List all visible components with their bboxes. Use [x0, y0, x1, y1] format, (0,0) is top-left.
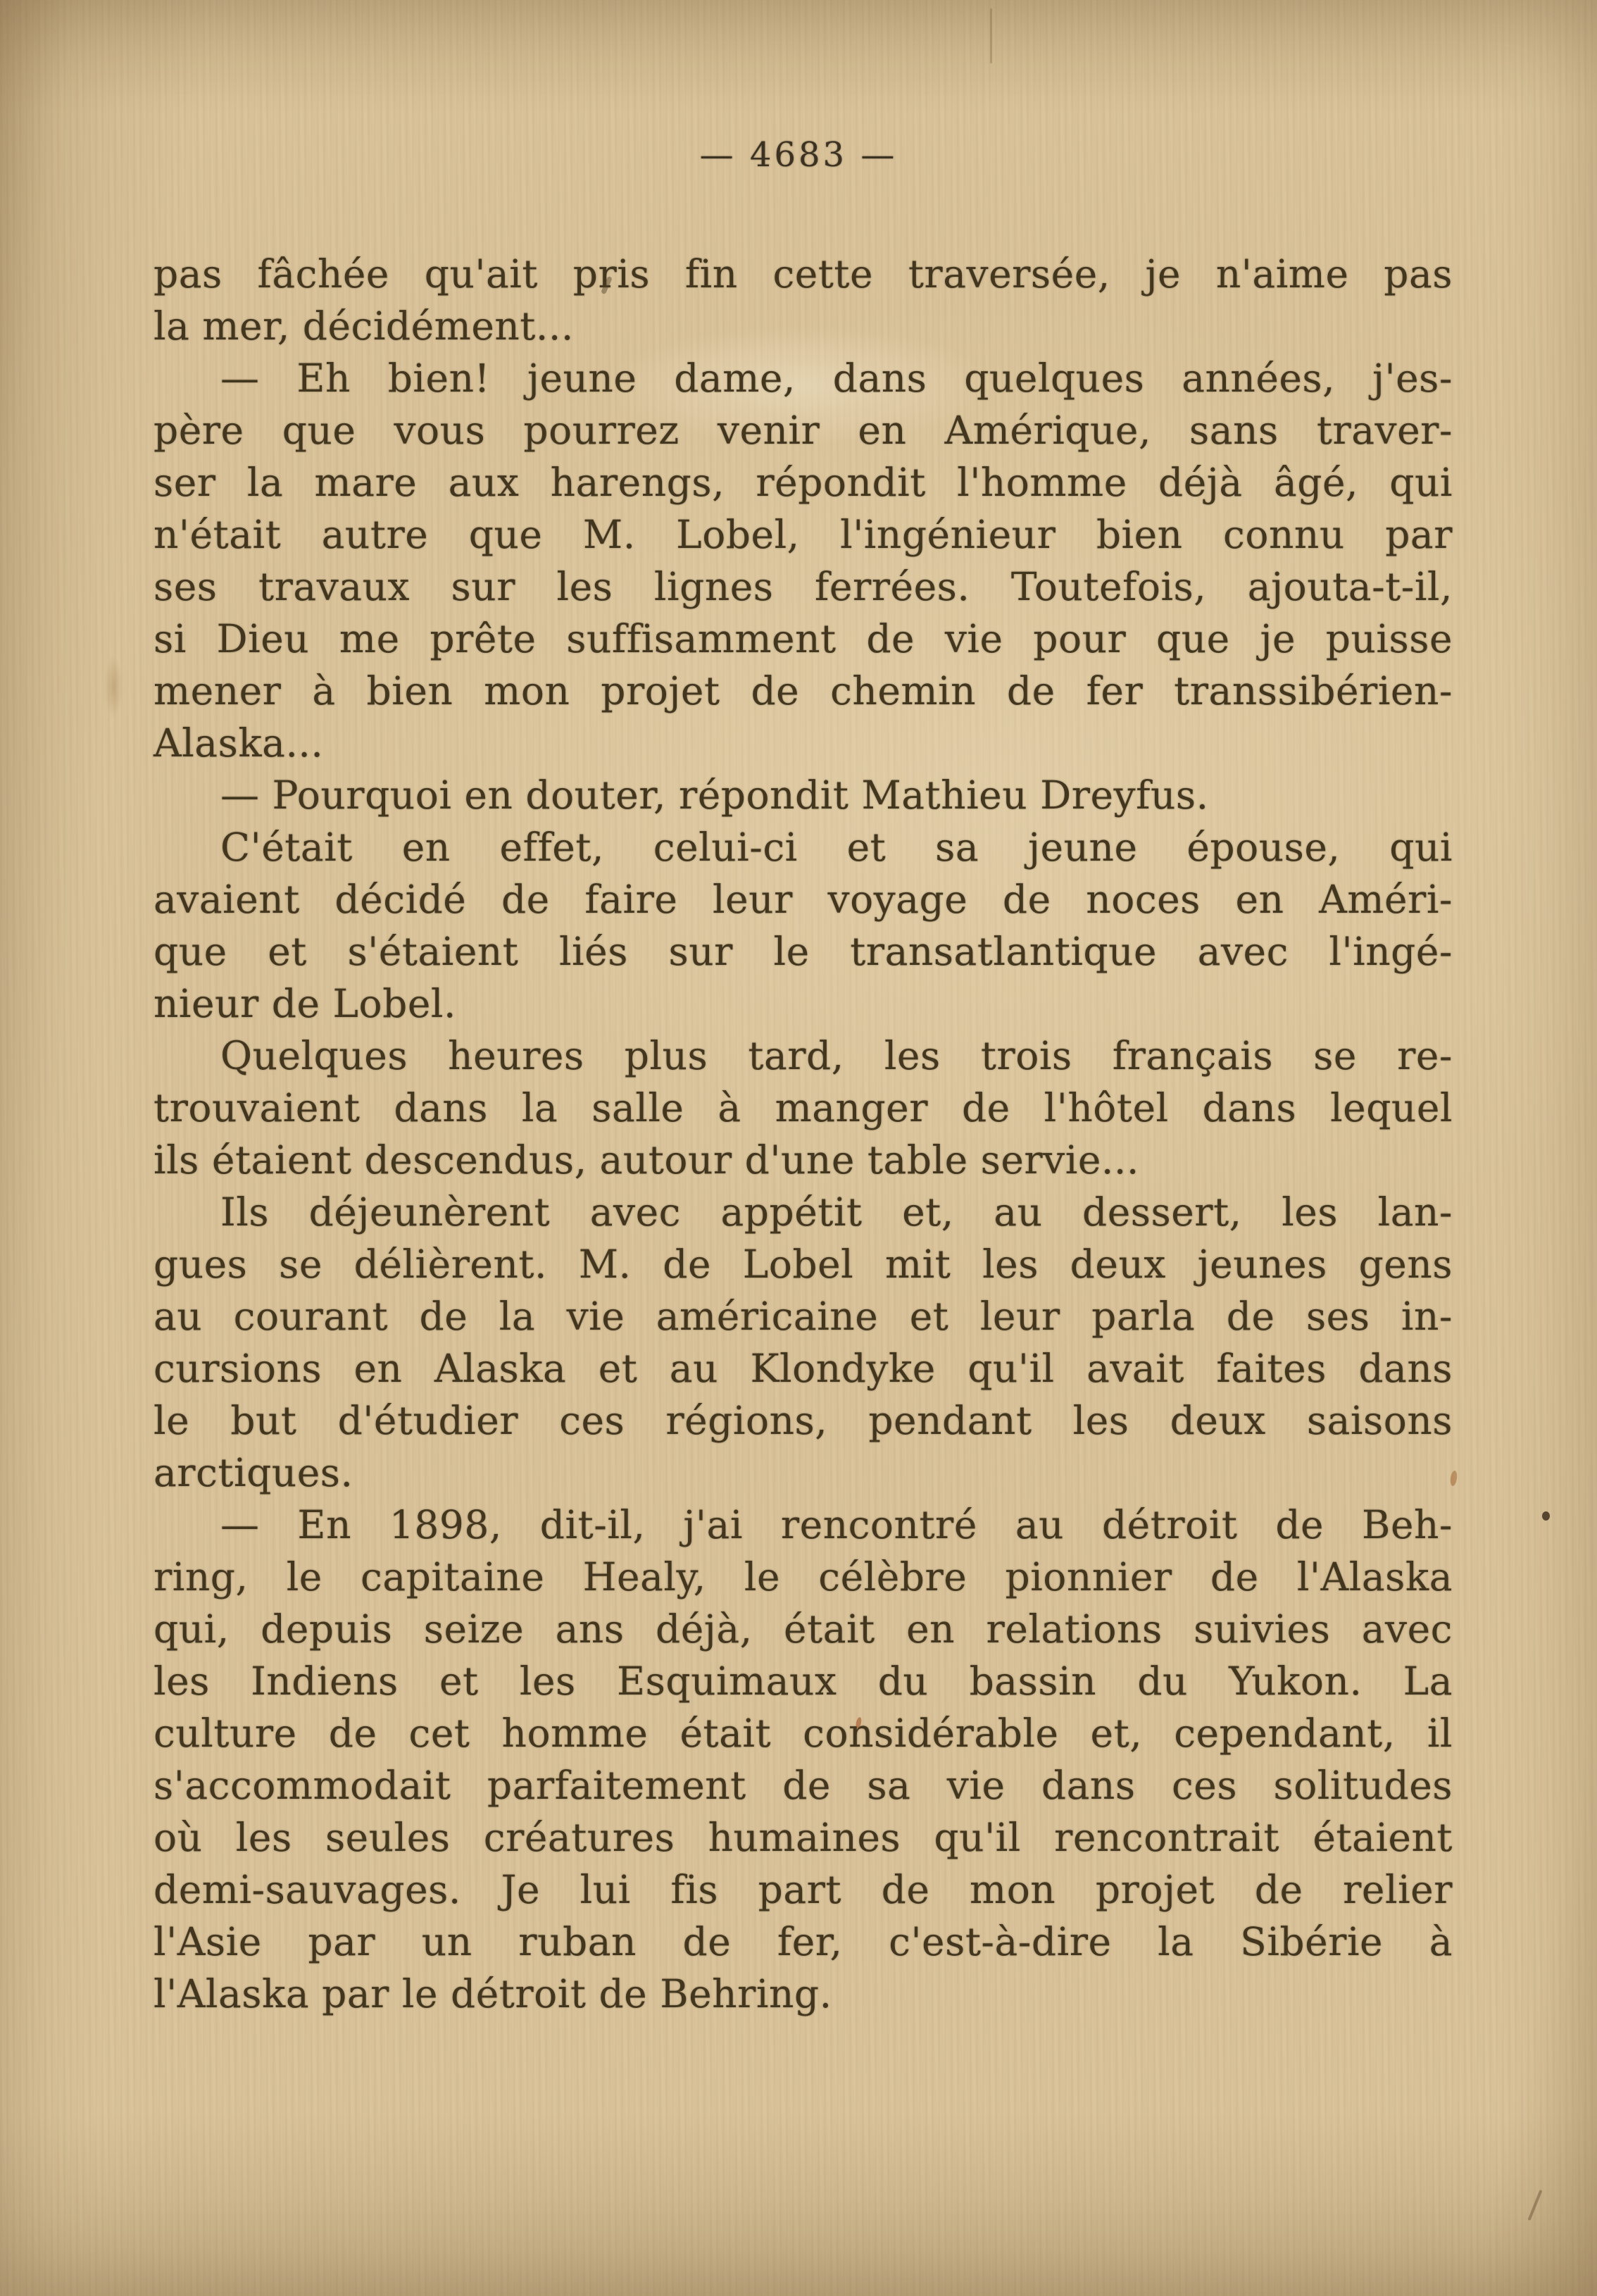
text-line: Alaska...	[154, 717, 1453, 769]
text-line: que et s'étaient liés sur le transatlant…	[154, 925, 1453, 978]
paragraph: — Pourquoi en douter, répondit Mathieu D…	[154, 769, 1453, 821]
text-line: Quelques heures plus tard, les trois fra…	[154, 1030, 1453, 1082]
ink-speck	[1528, 2190, 1543, 2221]
text-line: pas fâchée qu'ait pris fin cette travers…	[154, 248, 1453, 300]
text-line: cursions en Alaska et au Klondyke qu'il …	[154, 1342, 1453, 1395]
text-line: le but d'étudier ces régions, pendant le…	[154, 1395, 1453, 1447]
text-line: ser la mare aux harengs, répondit l'homm…	[154, 456, 1453, 509]
paragraph: Ils déjeunèrent avec appétit et, au dess…	[154, 1186, 1453, 1499]
paper-stain	[104, 655, 123, 718]
text-line: l'Asie par un ruban de fer, c'est-à-dire…	[154, 1916, 1453, 1968]
text-line: nieur de Lobel.	[154, 978, 1453, 1030]
text-line: s'accommodait parfaitement de sa vie dan…	[154, 1759, 1453, 1811]
text-block: pas fâchée qu'ait pris fin cette travers…	[154, 248, 1453, 2020]
text-line: — Eh bien! jeune dame, dans quelques ann…	[154, 352, 1453, 404]
text-line: père que vous pourrez venir en Amérique,…	[154, 404, 1453, 456]
text-line: les Indiens et les Esquimaux du bassin d…	[154, 1655, 1453, 1707]
paper-fiber	[990, 8, 992, 63]
ink-speck	[1542, 1511, 1550, 1521]
text-line: la mer, décidément...	[154, 300, 1453, 352]
text-line: ring, le capitaine Healy, le célèbre pio…	[154, 1551, 1453, 1603]
paragraph: Quelques heures plus tard, les trois fra…	[154, 1030, 1453, 1186]
text-line: si Dieu me prête suffisamment de vie pou…	[154, 613, 1453, 665]
text-line: ils étaient descendus, autour d'une tabl…	[154, 1134, 1453, 1186]
text-line: arctiques.	[154, 1447, 1453, 1499]
text-line: gues se délièrent. M. de Lobel mit les d…	[154, 1238, 1453, 1290]
text-line: au courant de la vie américaine et leur …	[154, 1290, 1453, 1342]
text-line: culture de cet homme était considérable …	[154, 1707, 1453, 1759]
paragraph: — Eh bien! jeune dame, dans quelques ann…	[154, 352, 1453, 769]
text-line: C'était en effet, celui-ci et sa jeune é…	[154, 821, 1453, 873]
book-page: — 4683 — pas fâchée qu'ait pris fin cett…	[0, 0, 1597, 2296]
text-line: où les seules créatures humaines qu'il r…	[154, 1811, 1453, 1864]
text-line: Ils déjeunèrent avec appétit et, au dess…	[154, 1186, 1453, 1238]
paragraph: — En 1898, dit-il, j'ai rencontré au dét…	[154, 1499, 1453, 2020]
text-line: — Pourquoi en douter, répondit Mathieu D…	[154, 769, 1453, 821]
text-line: ses travaux sur les lignes ferrées. Tout…	[154, 561, 1453, 613]
page-number: — 4683 —	[0, 135, 1597, 175]
text-line: mener à bien mon projet de chemin de fer…	[154, 665, 1453, 717]
text-line: trouvaient dans la salle à manger de l'h…	[154, 1082, 1453, 1134]
text-line: demi-sauvages. Je lui fis part de mon pr…	[154, 1864, 1453, 1916]
text-line: qui, depuis seize ans déjà, était en rel…	[154, 1603, 1453, 1655]
text-line: — En 1898, dit-il, j'ai rencontré au dét…	[154, 1499, 1453, 1551]
paragraph: C'était en effet, celui-ci et sa jeune é…	[154, 821, 1453, 1030]
text-line: n'était autre que M. Lobel, l'ingénieur …	[154, 509, 1453, 561]
text-line: l'Alaska par le détroit de Behring.	[154, 1968, 1453, 2020]
paragraph: pas fâchée qu'ait pris fin cette travers…	[154, 248, 1453, 352]
text-line: avaient décidé de faire leur voyage de n…	[154, 873, 1453, 925]
